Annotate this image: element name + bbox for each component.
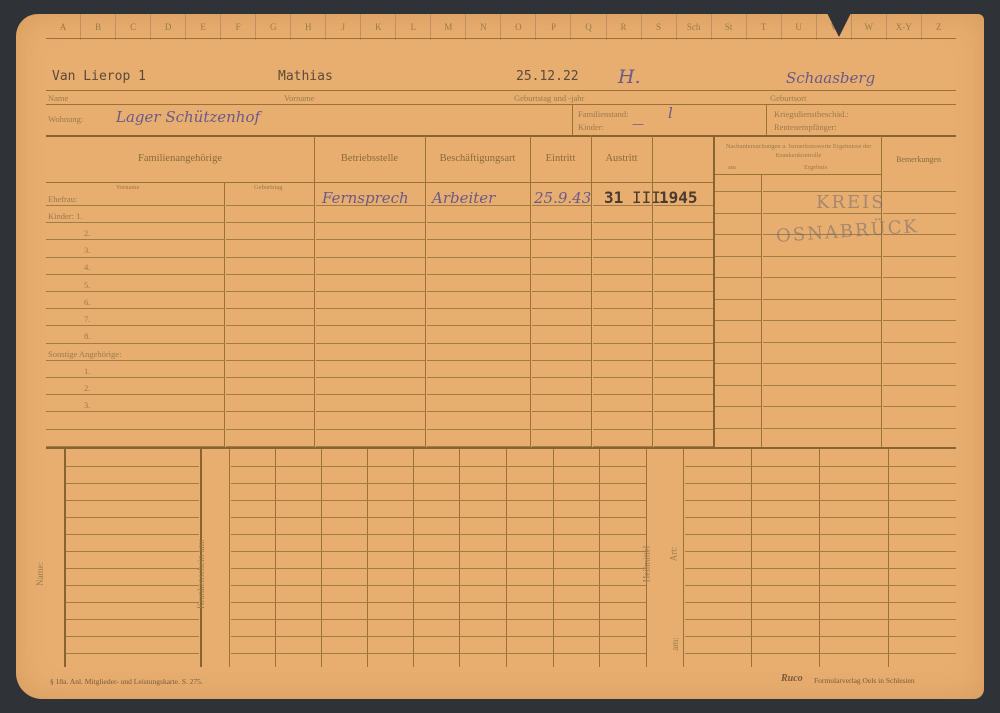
- table-row-line: [316, 325, 425, 326]
- exam-row-line: [715, 256, 761, 257]
- table-row-line: [46, 325, 224, 326]
- table-row-line: [46, 343, 224, 344]
- label-child-4: 4.: [84, 262, 90, 272]
- table-row-line: [654, 291, 713, 292]
- exam-row-line: [883, 299, 956, 300]
- lower-row-line: [66, 619, 199, 620]
- table-row-line: [427, 222, 530, 223]
- exam-row-line: [763, 428, 881, 429]
- exam-row-line: [883, 213, 956, 214]
- name-value: Van Lierop 1: [52, 69, 146, 84]
- label-birthplace: Geburtsort: [770, 93, 806, 103]
- label-child-7: 7.: [84, 314, 90, 324]
- table-row-line: [46, 377, 224, 378]
- label-birth-date: Geburtstag und -jahr: [514, 93, 584, 103]
- index-notch-marker: [827, 13, 851, 37]
- table-row-line: [46, 257, 224, 258]
- header-exit: Austritt: [591, 153, 652, 164]
- alphabet-tab: C: [116, 14, 151, 40]
- subheader-first-name: Vorname: [116, 184, 139, 191]
- table-row-line: [46, 274, 224, 275]
- table-row-line: [593, 394, 652, 395]
- exam-row-line: [763, 277, 881, 278]
- exit-year-value: 1945: [659, 188, 698, 207]
- table-row-line: [427, 429, 530, 430]
- remedies-date-label: am:: [670, 637, 680, 651]
- alphabet-tab: T: [747, 14, 782, 40]
- lower-row-line: [66, 483, 199, 484]
- exam-row-line: [763, 256, 881, 257]
- lower-grid-column: [367, 449, 368, 667]
- lower-row-line: [66, 466, 199, 467]
- lower-grid-column: [506, 449, 507, 667]
- publisher-name: Formularverlag Oels in Schlesien: [814, 676, 915, 685]
- lower-row-line: [231, 551, 646, 552]
- publisher-logo: Ruco: [781, 673, 803, 684]
- sick-note-grid-left: [229, 449, 230, 667]
- remedies-grid-column: [751, 449, 752, 667]
- label-children-1: Kinder: 1.: [48, 211, 82, 221]
- header-exams-result: Ergebnis: [804, 164, 827, 171]
- lower-row-line: [66, 551, 199, 552]
- table-row-line: [593, 274, 652, 275]
- remedies-type-label: Art:: [668, 547, 678, 562]
- exam-row-line: [715, 428, 761, 429]
- table-row-line: [427, 239, 530, 240]
- table-row-line: [593, 325, 652, 326]
- lower-row-line: [66, 534, 199, 535]
- remedies-right-line: [683, 449, 684, 667]
- header-entry: Eintritt: [530, 153, 591, 164]
- footer-form-reference: § 18a. Anl. Mitglieder- und Leistungskar…: [50, 677, 203, 686]
- lower-row-line: [685, 466, 956, 467]
- table-row-line: [532, 239, 591, 240]
- alphabet-tab: H: [291, 14, 326, 40]
- lower-row-line: [66, 500, 199, 501]
- exam-row-line: [883, 428, 956, 429]
- table-row-line: [427, 360, 530, 361]
- table-row-line: [316, 274, 425, 275]
- lower-row-line: [66, 653, 199, 654]
- table-row-line: [654, 274, 713, 275]
- header-exams: Nachuntersuchungen u. bemerkenswerte Erg…: [716, 142, 881, 160]
- table-row-line: [654, 429, 713, 430]
- table-row-line: [46, 205, 224, 206]
- exam-row-line: [763, 363, 881, 364]
- label-child-3: 3.: [84, 245, 90, 255]
- lower-row-line: [231, 500, 646, 501]
- alphabet-tab: O: [501, 14, 536, 40]
- col-divider-exams: [713, 135, 715, 447]
- table-row-line: [532, 377, 591, 378]
- table-row-line: [316, 429, 425, 430]
- name-line: [46, 90, 956, 91]
- alphabet-tab: P: [536, 14, 571, 40]
- birth-date-value: 25.12.22: [516, 69, 579, 84]
- table-row-line: [226, 360, 314, 361]
- residence-top-line: [46, 104, 956, 105]
- first-name-value: Mathias: [278, 69, 333, 84]
- table-row-line: [46, 360, 224, 361]
- entry-value: 25.9.43: [534, 189, 591, 207]
- alphabet-tab: Z: [922, 14, 956, 40]
- table-row-line: [316, 308, 425, 309]
- table-row-line: [226, 291, 314, 292]
- table-row-line: [427, 257, 530, 258]
- header-remarks: Bemerkungen: [881, 155, 956, 164]
- table-row-line: [532, 394, 591, 395]
- exam-row-line: [715, 234, 761, 235]
- war-divider: [766, 104, 767, 136]
- lower-row-line: [685, 568, 956, 569]
- exam-row-line: [883, 320, 956, 321]
- subheader-birthday: Geburtstag: [254, 184, 283, 191]
- table-row-line: [654, 222, 713, 223]
- table-row-line: [654, 239, 713, 240]
- birth-mark: H.: [618, 66, 641, 88]
- lower-grid-column: [459, 449, 460, 667]
- lower-row-line: [231, 653, 646, 654]
- table-row-line: [427, 377, 530, 378]
- alphabet-tab: Q: [571, 14, 606, 40]
- table-row-line: [226, 222, 314, 223]
- children-value: —: [632, 117, 644, 131]
- table-row-line: [654, 257, 713, 258]
- lower-row-line: [231, 585, 646, 586]
- table-row-line: [226, 325, 314, 326]
- label-children: Kinder:: [578, 122, 604, 132]
- table-row-line: [46, 429, 224, 430]
- exam-row-line: [715, 363, 761, 364]
- table-row-line: [226, 377, 314, 378]
- table-row-line: [532, 429, 591, 430]
- alphabet-divider: [46, 38, 956, 39]
- birthplace-value: Schaasberg: [786, 69, 875, 87]
- table-row-line: [654, 394, 713, 395]
- table-row-line: [532, 325, 591, 326]
- exam-row-line: [883, 385, 956, 386]
- exam-row-line: [715, 191, 761, 192]
- lower-row-line: [231, 466, 646, 467]
- table-row-line: [532, 343, 591, 344]
- table-row-line: [46, 239, 224, 240]
- label-child-6: 6.: [84, 297, 90, 307]
- table-row-line: [654, 411, 713, 412]
- label-marital-status: Familienstand:: [578, 109, 629, 119]
- table-row-line: [654, 308, 713, 309]
- header-exams-date: am: [728, 164, 736, 171]
- label-first-name: Vorname: [284, 93, 315, 103]
- label-other-relatives: Sonstige Angehörige:: [48, 349, 121, 359]
- table-row-line: [593, 343, 652, 344]
- table-row-line: [226, 205, 314, 206]
- exam-row-line: [883, 256, 956, 257]
- header-occupation: Beschäftigungsart: [425, 153, 530, 164]
- col-divider-exam-result: [761, 174, 762, 447]
- table-row-line: [46, 222, 224, 223]
- lower-row-line: [685, 619, 956, 620]
- table-row-line: [427, 308, 530, 309]
- workplace-value: Fernsprech: [322, 189, 409, 207]
- label-war-injured: Kriegsdienstbeschäd.:: [774, 109, 849, 119]
- table-row-line: [593, 239, 652, 240]
- exam-row-line: [763, 406, 881, 407]
- table-row-line: [316, 239, 425, 240]
- exam-row-line: [715, 342, 761, 343]
- table-row-line: [316, 394, 425, 395]
- lower-row-line: [66, 517, 199, 518]
- exam-row-line: [883, 406, 956, 407]
- lower-row-line: [685, 636, 956, 637]
- table-row-line: [226, 411, 314, 412]
- lower-row-line: [685, 585, 956, 586]
- table-row-line: [226, 274, 314, 275]
- table-row-line: [316, 411, 425, 412]
- exam-row-line: [715, 213, 761, 214]
- stamp-line-2: OSNABRÜCK: [775, 216, 919, 247]
- table-row-line: [593, 257, 652, 258]
- alphabet-tab: S: [642, 14, 677, 40]
- table-row-line: [654, 360, 713, 361]
- alphabet-tab: D: [151, 14, 186, 40]
- occupation-value: Arbeiter: [432, 189, 495, 207]
- lower-row-line: [231, 619, 646, 620]
- table-row-line: [654, 325, 713, 326]
- header-family: Familienangehörige: [46, 153, 314, 164]
- table-row-line: [226, 239, 314, 240]
- membership-card: ABCDEFGHJKLMNOPQRSSchStTUVWX-YZ Van Lier…: [16, 14, 984, 699]
- lower-grid-column: [321, 449, 322, 667]
- label-child-8: 8.: [84, 331, 90, 341]
- label-spouse: Ehefrau:: [48, 194, 77, 204]
- label-name: Name: [48, 93, 68, 103]
- lower-row-line: [231, 602, 646, 603]
- label-child-5: 5.: [84, 280, 90, 290]
- table-row-line: [427, 343, 530, 344]
- table-row-line: [427, 411, 530, 412]
- lower-row-line: [685, 483, 956, 484]
- exam-row-line: [883, 191, 956, 192]
- exam-row-line: [883, 277, 956, 278]
- alphabet-tab: St: [712, 14, 747, 40]
- lower-row-line: [685, 602, 956, 603]
- label-pensioner: Rentenempfänger:: [774, 122, 837, 132]
- table-row-line: [532, 411, 591, 412]
- table-top-line: [46, 135, 956, 137]
- table-row-line: [593, 429, 652, 430]
- exam-row-line: [715, 406, 761, 407]
- lower-grid-column: [553, 449, 554, 667]
- table-row-line: [46, 411, 224, 412]
- exam-row-line: [883, 342, 956, 343]
- exam-row-line: [763, 342, 881, 343]
- header-bottom-line: [46, 182, 713, 183]
- table-row-line: [316, 291, 425, 292]
- label-residence: Wohnung:: [48, 114, 83, 124]
- lower-row-line: [231, 568, 646, 569]
- lower-row-line: [685, 517, 956, 518]
- alphabet-tab: U: [782, 14, 817, 40]
- table-row-line: [226, 343, 314, 344]
- alphabet-tab: Sch: [677, 14, 712, 40]
- lower-row-line: [685, 534, 956, 535]
- table-row-line: [316, 257, 425, 258]
- lower-row-line: [66, 585, 199, 586]
- exam-row-line: [715, 385, 761, 386]
- alphabet-tab: M: [431, 14, 466, 40]
- table-row-line: [532, 274, 591, 275]
- lower-row-line: [66, 568, 199, 569]
- lower-row-line: [685, 653, 956, 654]
- alphabet-tab: J: [326, 14, 361, 40]
- lower-row-line: [231, 636, 646, 637]
- table-row-line: [532, 291, 591, 292]
- col-divider-birthday: [224, 182, 225, 447]
- exam-row-line: [715, 299, 761, 300]
- lower-row-line: [231, 534, 646, 535]
- alphabet-tab: R: [607, 14, 642, 40]
- table-row-line: [427, 325, 530, 326]
- table-row-line: [654, 343, 713, 344]
- alphabet-tab: A: [46, 14, 81, 40]
- marital-divider: [572, 104, 573, 136]
- table-row-line: [593, 291, 652, 292]
- table-row-line: [593, 360, 652, 361]
- label-child-2: 2.: [84, 228, 90, 238]
- table-row-line: [654, 377, 713, 378]
- table-row-line: [46, 394, 224, 395]
- table-row-line: [532, 222, 591, 223]
- remedies-grid-column: [819, 449, 820, 667]
- sick-note-label: Krankenschein am:: [196, 539, 206, 609]
- table-row-line: [226, 257, 314, 258]
- alphabet-tab: L: [396, 14, 431, 40]
- lower-grid-column: [599, 449, 600, 667]
- table-row-line: [316, 222, 425, 223]
- table-row-line: [427, 274, 530, 275]
- alphabet-tab: E: [186, 14, 221, 40]
- marital-status-value: l: [668, 104, 673, 122]
- label-other-relative-2: 2.: [84, 383, 90, 393]
- remedies-grid-column: [888, 449, 889, 667]
- alphabet-tab: W: [852, 14, 887, 40]
- lower-row-line: [66, 602, 199, 603]
- alphabet-tab: K: [361, 14, 396, 40]
- table-row-line: [593, 377, 652, 378]
- table-row-line: [226, 394, 314, 395]
- exit-day-value: 31: [604, 188, 623, 207]
- lower-row-line: [685, 551, 956, 552]
- table-row-line: [46, 308, 224, 309]
- exam-row-line: [715, 320, 761, 321]
- stamp-line-1: KREIS: [816, 192, 886, 213]
- lower-name-label: Name:: [35, 562, 45, 586]
- table-row-line: [593, 222, 652, 223]
- lower-row-line: [685, 500, 956, 501]
- table-row-line: [226, 308, 314, 309]
- lower-row-line: [231, 517, 646, 518]
- exam-row-line: [763, 385, 881, 386]
- table-row-line: [316, 377, 425, 378]
- table-row-line: [316, 343, 425, 344]
- exams-subheader-line: [715, 174, 881, 175]
- exam-row-line: [715, 277, 761, 278]
- table-row-line: [427, 291, 530, 292]
- lower-grid-column: [413, 449, 414, 667]
- label-other-relative-1: 1.: [84, 366, 90, 376]
- residence-value: Lager Schützenhof: [116, 108, 260, 126]
- alphabet-index-strip: ABCDEFGHJKLMNOPQRSSchStTUVWX-YZ: [46, 14, 956, 40]
- exam-row-line: [883, 363, 956, 364]
- lower-row-line: [231, 483, 646, 484]
- table-row-line: [46, 291, 224, 292]
- alphabet-tab: B: [81, 14, 116, 40]
- table-row-line: [593, 308, 652, 309]
- table-row-line: [593, 411, 652, 412]
- lower-grid-column: [275, 449, 276, 667]
- table-row-line: [532, 360, 591, 361]
- col-divider-remarks: [881, 135, 882, 447]
- exam-row-line: [763, 320, 881, 321]
- table-row-line: [532, 308, 591, 309]
- alphabet-tab: N: [466, 14, 501, 40]
- lower-row-line: [66, 636, 199, 637]
- alphabet-tab: G: [256, 14, 291, 40]
- lower-name-left-line: [64, 449, 66, 667]
- header-workplace: Betriebsstelle: [314, 153, 425, 164]
- table-row-line: [316, 360, 425, 361]
- label-other-relative-3: 3.: [84, 400, 90, 410]
- alphabet-tab: F: [221, 14, 256, 40]
- table-row-line: [532, 257, 591, 258]
- table-row-line: [226, 429, 314, 430]
- table-row-line: [427, 394, 530, 395]
- exam-row-line: [763, 299, 881, 300]
- alphabet-tab: X-Y: [887, 14, 922, 40]
